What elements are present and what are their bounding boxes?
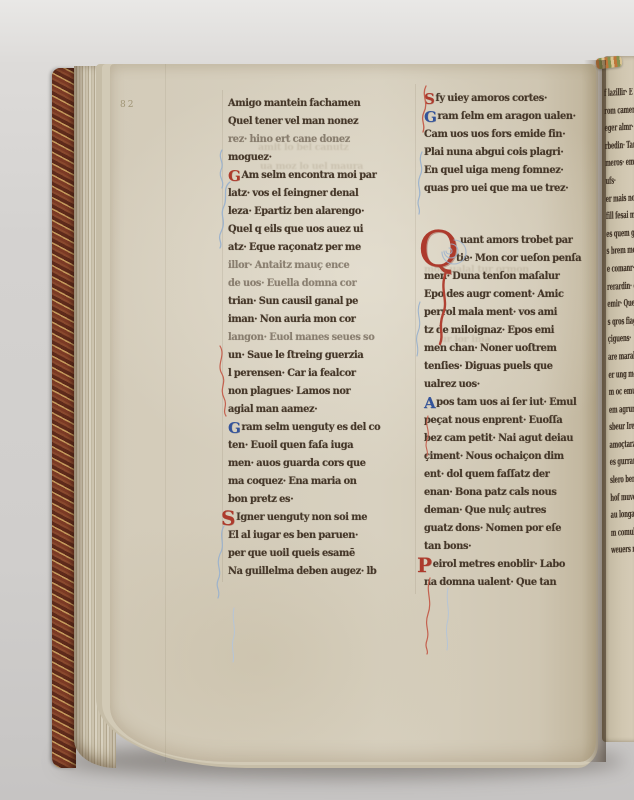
text-line: weuers romeo	[611, 543, 634, 563]
line-text: En quel uiga meng fomnez·	[424, 165, 563, 176]
text-line: meros· emr· e	[605, 156, 634, 176]
text-line: Quel q eils que uos auez ui	[228, 224, 400, 242]
line-text: fy uiey amoros cortes·	[435, 93, 547, 104]
facing-page-text-clip: f lazillir· E oerom camer·eger almr· erb…	[604, 88, 634, 650]
text-line: langon· Euol manes seues so	[228, 332, 400, 350]
text-line: çiment· Nous ochaiçon dim	[424, 451, 584, 469]
line-text: Cam uos uos fors emide fin·	[424, 129, 565, 140]
text-line: Quant amors trobet par	[424, 235, 584, 253]
line-text: Epo des augr coment· Amic	[424, 289, 564, 300]
line-text: are marabor	[608, 350, 634, 363]
text-line: er ung menr	[608, 367, 634, 387]
pen-flourish	[446, 588, 448, 650]
manuscript-photo: f lazillir· E oerom camer·eger almr· erb…	[0, 0, 634, 800]
line-text: rbedin· Tan g	[605, 139, 634, 152]
text-line: fill fesai m	[606, 209, 634, 229]
pen-flourish	[220, 346, 226, 416]
line-text: er ung menr	[608, 368, 634, 381]
line-text: e comanr· e	[607, 262, 634, 275]
line-text: ent· dol quem faſſatz der	[424, 469, 550, 480]
line-text: Na guillelma deben augez· lb	[228, 566, 376, 577]
manuscript-page: 82 Amigo mantein fachamenQuel tener vel …	[110, 64, 596, 762]
text-line: SIgner uenguty non soi me	[228, 512, 400, 530]
text-line: illor· Antaitz mauç ence	[228, 260, 400, 278]
text-line: eger almr· e	[605, 121, 634, 141]
line-text: Quel tener vel man nonez	[228, 116, 358, 127]
text-line: rerardin· e	[607, 279, 634, 299]
text-line: Gram ſelm em aragon ualen·	[424, 111, 584, 129]
text-line: m comulrlor	[611, 526, 634, 546]
line-text: peçat nous enprent· Euoſſa	[424, 415, 562, 426]
line-text: slero ben od	[610, 473, 634, 486]
line-text: trian· Sun causil ganal pe	[228, 296, 358, 307]
line-text: çiguens·	[608, 333, 631, 345]
line-text: langon· Euol manes seues so	[228, 332, 374, 343]
text-line: f lazillir· E oe	[604, 88, 634, 106]
text-line: non plagues· Lamos nor	[228, 386, 400, 404]
line-text: f lazillir· E oe	[604, 88, 634, 99]
text-line: l perensen· Car ia fealcor	[228, 368, 400, 386]
text-line: atz· Eque raçonatz per me	[228, 242, 400, 260]
line-text: meros· emr· e	[605, 156, 634, 169]
line-text: tan bons·	[424, 541, 471, 552]
showthrough-text: ua moz lo uel maura	[260, 161, 363, 172]
line-text: er mais non	[606, 192, 634, 205]
text-line: Sfy uiey amoros cortes·	[424, 93, 584, 111]
showthrough-text: mon ualal tur ormon	[424, 264, 529, 275]
text-line: çiguens·	[608, 332, 634, 352]
text-line: amoçtarz las g	[609, 438, 634, 458]
line-text: per que uoil queis esamē	[228, 548, 355, 559]
text-line: GAm selm encontra moi par	[228, 170, 400, 188]
line-text: latz· vos el ſeingner denal	[228, 188, 358, 199]
line-text: deman· Que nulç autres	[424, 505, 546, 516]
pen-flourish	[232, 608, 234, 662]
line-text: l perensen· Car ia fealcor	[228, 368, 356, 379]
line-text: Amigo mantein fachamen	[228, 98, 360, 109]
text-line: au longa m	[610, 508, 634, 528]
facing-page-text: f lazillir· E oerom camer·eger almr· erb…	[604, 88, 634, 563]
text-line: guatz dons· Nomen por eſe	[424, 523, 584, 541]
line-text: uant amors trobet par	[460, 235, 573, 246]
text-line: En quel uiga meng fomnez·	[424, 165, 584, 183]
text-line: bon pretz es·	[228, 494, 400, 512]
line-text: pos tam uos ai ſer iut· Emul	[436, 397, 576, 408]
text-line: agial man aamez·	[228, 404, 400, 422]
line-text: bez cam petit· Nai agut deiau	[424, 433, 573, 444]
line-text: tenſies· Diguas puels que	[424, 361, 553, 372]
line-text: emir· Quel m	[607, 297, 634, 310]
text-line: es gurrarz de	[610, 455, 634, 475]
line-text: au longa m	[610, 509, 634, 522]
line-text: atz· Eque raçonatz per me	[228, 242, 361, 253]
line-text: fill fesai m	[606, 210, 634, 222]
line-text: un· Saue le ſtreing guerzia	[228, 350, 363, 361]
text-line: na domna ualent· Que tan	[424, 577, 584, 595]
text-line: latz· vos el ſeingner denal	[228, 188, 400, 206]
line-text: agial man aamez·	[228, 404, 317, 415]
line-text: sbeur Ires uos	[609, 420, 634, 433]
text-line: Plai nuna abgui cois plagri·	[424, 147, 584, 165]
line-text: non plagues· Lamos nor	[228, 386, 350, 397]
line-text: El al iugar es ben paruen·	[228, 530, 358, 541]
text-line: bez cam petit· Nai agut deiau	[424, 433, 584, 451]
text-line: iman· Non auria mon cor	[228, 314, 400, 332]
text-line: rom camer·	[604, 104, 634, 124]
text-line: de uos· Euella domna cor	[228, 278, 400, 296]
text-line: rbedin· Tan g	[605, 139, 634, 159]
line-text: s brem merer	[606, 244, 634, 257]
text-line: perrol mala ment· vos ami	[424, 307, 584, 325]
ruling-line	[415, 84, 416, 594]
text-line: Gram selm uenguty es del co	[228, 422, 400, 440]
text-line: es quem gme	[606, 227, 634, 247]
text-line: ma coquez· Ena maria on	[228, 476, 400, 494]
illuminated-initial: A	[424, 398, 435, 408]
line-text: çiment· Nous ochaiçon dim	[424, 451, 564, 462]
illuminated-initial: G	[228, 423, 240, 433]
line-text: tie· Mon cor ueſon penſa	[456, 253, 581, 264]
line-text: es quem gme	[606, 227, 634, 240]
text-line: per que uoil queis esamē	[228, 548, 400, 566]
line-text: ram selm uenguty es del co	[241, 422, 380, 433]
showthrough-text: ur ior ima	[440, 334, 490, 345]
text-line: deman· Que nulç autres	[424, 505, 584, 523]
line-text: bon pretz es·	[228, 494, 293, 505]
line-text: ma coquez· Ena maria on	[228, 476, 357, 487]
text-line: men· auos guarda cors que	[228, 458, 400, 476]
illuminated-initial: P	[417, 560, 432, 570]
text-line: s brem merer	[606, 244, 634, 264]
text-line: ten· Euoil quen faſa iuga	[228, 440, 400, 458]
line-text: amoçtarz las g	[609, 438, 634, 451]
line-text: m comulrlor	[611, 526, 634, 539]
line-text: ualrez uos·	[424, 379, 480, 390]
text-line: Cam uos uos fors emide fin·	[424, 129, 584, 147]
text-line: Na guillelma deben augez· lb	[228, 566, 400, 584]
text-line: ualrez uos·	[424, 379, 584, 397]
text-line: hof muveni	[610, 490, 634, 510]
text-line: s qros fiaga	[608, 315, 634, 335]
text-line: slero ben od	[610, 473, 634, 493]
line-text: men· auos guarda cors que	[228, 458, 366, 469]
text-line: e comanr· e	[607, 262, 634, 282]
text-line: emir· Quel m	[607, 297, 634, 317]
line-text: s qros fiaga	[608, 315, 634, 328]
text-line: Epo des augr coment· Amic	[424, 289, 584, 307]
line-text: ram ſelm em aragon ualen·	[437, 111, 575, 122]
text-line: sbeur Ires uos	[609, 420, 634, 440]
folio-number: 82	[120, 100, 135, 110]
pen-flourish	[417, 302, 420, 356]
line-text: enan· Bona patz cals nous	[424, 487, 557, 498]
line-text: eger almr· e	[605, 121, 634, 134]
text-line: El al iugar es ben paruen·	[228, 530, 400, 548]
illuminated-initial: S	[424, 94, 434, 104]
line-text: ten· Euoil quen faſa iuga	[228, 440, 353, 451]
text-line: Quel tener vel man nonez	[228, 116, 400, 134]
text-line: men chan· Noner uoſtrem	[424, 343, 584, 361]
illuminated-initial: S	[221, 513, 235, 523]
line-text: illor· Antaitz mauç ence	[228, 260, 349, 271]
line-text: eirol metres enoblir· Labo	[433, 559, 565, 570]
text-line: un· Saue le ſtreing guerzia	[228, 350, 400, 368]
line-text: m oc emur· bon	[609, 385, 634, 398]
text-line: enan· Bona patz cals nous	[424, 487, 584, 505]
line-text: rom camer·	[604, 104, 634, 117]
text-line: ent· dol quem faſſatz der	[424, 469, 584, 487]
text-line: trian· Sun causil ganal pe	[228, 296, 400, 314]
pen-flourish	[418, 152, 422, 214]
line-text: Plai nuna abgui cois plagri·	[424, 147, 563, 158]
showthrough-text: amit lo bel canutz	[258, 142, 349, 153]
line-text: iman· Non auria mon cor	[228, 314, 356, 325]
text-line: quas pro uei que ma ue trez·	[424, 183, 584, 201]
line-text: hof muveni	[610, 491, 634, 504]
text-line: Peirol metres enoblir· Labo	[424, 559, 584, 577]
text-line: tenſies· Diguas puels que	[424, 361, 584, 379]
book-binding-edge	[52, 68, 76, 768]
line-text: es gurrarz de	[610, 455, 634, 468]
line-text: perrol mala ment· vos ami	[424, 307, 557, 318]
line-text: leza· Epartiz ben alarengo·	[228, 206, 364, 217]
illuminated-initial: G	[228, 171, 240, 181]
text-line: leza· Epartiz ben alarengo·	[228, 206, 400, 224]
text-line: er mais non	[606, 192, 634, 212]
text-line: Apos tam uos ai ſer iut· Emul	[424, 397, 584, 415]
text-line: ufs·	[605, 174, 634, 194]
line-text: rerardin· e	[607, 280, 634, 292]
line-text: ufs·	[605, 175, 615, 187]
text-line: peçat nous enprent· Euoſſa	[424, 415, 584, 433]
line-text: weuers romeo	[611, 543, 634, 556]
text-line: m oc emur· bon	[609, 385, 634, 405]
line-text: em agrur· dm	[609, 403, 634, 416]
line-text: quas pro uei que ma ue trez·	[424, 183, 568, 194]
text-line: Amigo mantein fachamen	[228, 98, 400, 116]
text-line: are marabor	[608, 350, 634, 370]
text-line: em agrur· dm	[609, 403, 634, 423]
line-text: na domna ualent· Que tan	[424, 577, 556, 588]
line-text: Quel q eils que uos auez ui	[228, 224, 363, 235]
line-text: de uos· Euella domna cor	[228, 278, 356, 289]
line-text: Igner uenguty non soi me	[236, 512, 367, 523]
parchment-crease	[165, 64, 166, 762]
line-text: guatz dons· Nomen por eſe	[424, 523, 561, 534]
illuminated-initial: G	[424, 112, 436, 122]
text-line: tan bons·	[424, 541, 584, 559]
